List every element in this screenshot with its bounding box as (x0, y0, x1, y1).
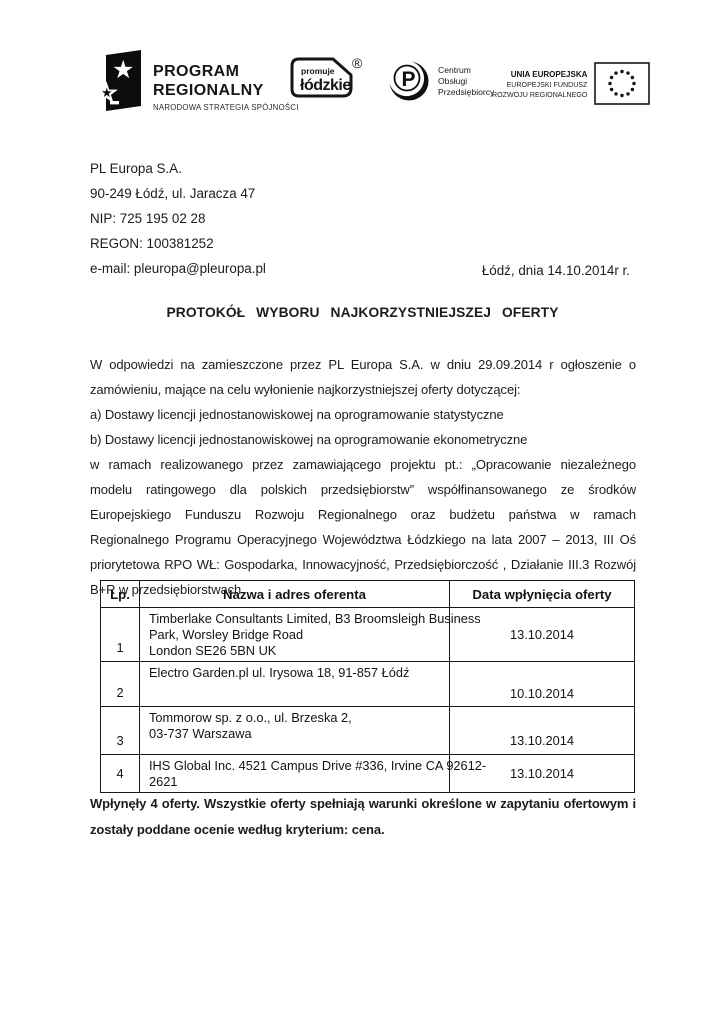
offerer-name-line: IHS Global Inc. 4521 Campus Drive #336, … (149, 758, 443, 774)
program-regionalny-logo: ★ ★ ★ PROGRAM REGIONALNY NARODOWA STRATE… (97, 48, 299, 114)
date-line: Łódź, dnia 14.10.2014r r. (90, 263, 630, 278)
nss-flag-icon: ★ ★ ★ (97, 48, 143, 114)
body-item-b: b) Dostawy licencji jednostanowiskowej n… (90, 427, 636, 452)
sender-nip: NIP: 725 195 02 28 (90, 206, 266, 231)
table-row: 3 Tommorow sp. z o.o., ul. Brzeska 2, 03… (101, 707, 635, 755)
document-page: ★ ★ ★ PROGRAM REGIONALNY NARODOWA STRATE… (0, 0, 725, 1024)
table-row: 2 Electro Garden.pl ul. Irysowa 18, 91-8… (101, 662, 635, 707)
eu-flag-icon (594, 62, 650, 105)
offerer-name-line: Timberlake Consultants Limited, B3 Broom… (149, 611, 443, 627)
col-header-date: Data wpłynięcia oferty (450, 581, 635, 608)
unia-europejska-text: UNIA EUROPEJSKA EUROPEJSKI FUNDUSZ ROZWO… (492, 68, 587, 100)
cell-lp: 2 (101, 662, 140, 707)
offerer-name-line: Electro Garden.pl ul. Irysowa 18, 91-857… (149, 665, 443, 681)
promuje-label: promuje (301, 66, 335, 76)
cop-line3: Przedsiębiorcy (438, 87, 494, 98)
table-row: 1 Timberlake Consultants Limited, B3 Bro… (101, 608, 635, 662)
sender-regon: REGON: 100381252 (90, 231, 266, 256)
cell-offerer: Tommorow sp. z o.o., ul. Brzeska 2, 03-7… (140, 707, 450, 755)
eu-line2: EUROPEJSKI FUNDUSZ (492, 80, 587, 90)
cell-offerer: IHS Global Inc. 4521 Campus Drive #336, … (140, 755, 450, 793)
nss-subtitle: NARODOWA STRATEGIA SPÓJNOŚCI (153, 103, 299, 112)
offerer-name-line: 03-737 Warszawa (149, 726, 443, 742)
unia-europejska-logo: UNIA EUROPEJSKA EUROPEJSKI FUNDUSZ ROZWO… (492, 62, 650, 105)
table-header-row: Lp. Nazwa i adres oferenta Data wpłynięc… (101, 581, 635, 608)
cell-lp: 4 (101, 755, 140, 793)
eu-line1: UNIA EUROPEJSKA (492, 70, 587, 80)
svg-text:★: ★ (101, 86, 113, 101)
cell-date: 10.10.2014 (450, 662, 635, 707)
lodzkie-badge-icon: promuje łódzkie ® (288, 55, 368, 103)
offers-table: Lp. Nazwa i adres oferenta Data wpłynięc… (100, 580, 635, 793)
eu-line3: ROZWOJU REGIONALNEGO (492, 90, 587, 100)
cop-p-icon: P (388, 58, 432, 104)
cop-line2: Obsługi (438, 76, 494, 87)
closing-statement: Wpłynęły 4 oferty. Wszystkie oferty speł… (90, 791, 636, 843)
offerer-name-line: London SE26 5BN UK (149, 643, 443, 659)
body-item-a: a) Dostawy licencji jednostanowiskowej n… (90, 402, 636, 427)
registered-mark: ® (352, 55, 363, 71)
lodzkie-label: łódzkie (300, 77, 351, 94)
body-intro: W odpowiedzi na zamieszczone przez PL Eu… (90, 352, 636, 402)
program-label: PROGRAM (153, 62, 299, 81)
offerer-name-line: Tommorow sp. z o.o., ul. Brzeska 2, (149, 710, 443, 726)
cell-offerer: Timberlake Consultants Limited, B3 Broom… (140, 608, 450, 662)
body-text: W odpowiedzi na zamieszczone przez PL Eu… (90, 352, 636, 602)
promuje-lodzkie-logo: promuje łódzkie ® (288, 55, 368, 103)
program-regionalny-text: PROGRAM REGIONALNY NARODOWA STRATEGIA SP… (153, 48, 299, 112)
cop-line1: Centrum (438, 65, 494, 76)
page-title: PROTOKÓŁ WYBORU NAJKORZYSTNIEJSZEJ OFERT… (90, 305, 635, 320)
offerer-name-line: 2621 (149, 774, 443, 790)
centrum-obslugi-logo: P Centrum Obsługi Przedsiębiorcy (388, 58, 494, 104)
sender-name: PL Europa S.A. (90, 156, 266, 181)
offers-table-wrap: Lp. Nazwa i adres oferenta Data wpłynięc… (100, 580, 635, 793)
cop-letter: P (402, 68, 416, 91)
centrum-obslugi-text: Centrum Obsługi Przedsiębiorcy (438, 65, 494, 98)
table-row: 4 IHS Global Inc. 4521 Campus Drive #336… (101, 755, 635, 793)
cell-lp: 1 (101, 608, 140, 662)
cell-offerer: Electro Garden.pl ul. Irysowa 18, 91-857… (140, 662, 450, 707)
offerer-name-line: Park, Worsley Bridge Road (149, 627, 443, 643)
regionalny-label: REGIONALNY (153, 81, 299, 100)
cell-lp: 3 (101, 707, 140, 755)
col-header-lp: Lp. (101, 581, 140, 608)
col-header-name: Nazwa i adres oferenta (140, 581, 450, 608)
sender-address: 90-249 Łódź, ul. Jaracza 47 (90, 181, 266, 206)
cell-date: 13.10.2014 (450, 707, 635, 755)
